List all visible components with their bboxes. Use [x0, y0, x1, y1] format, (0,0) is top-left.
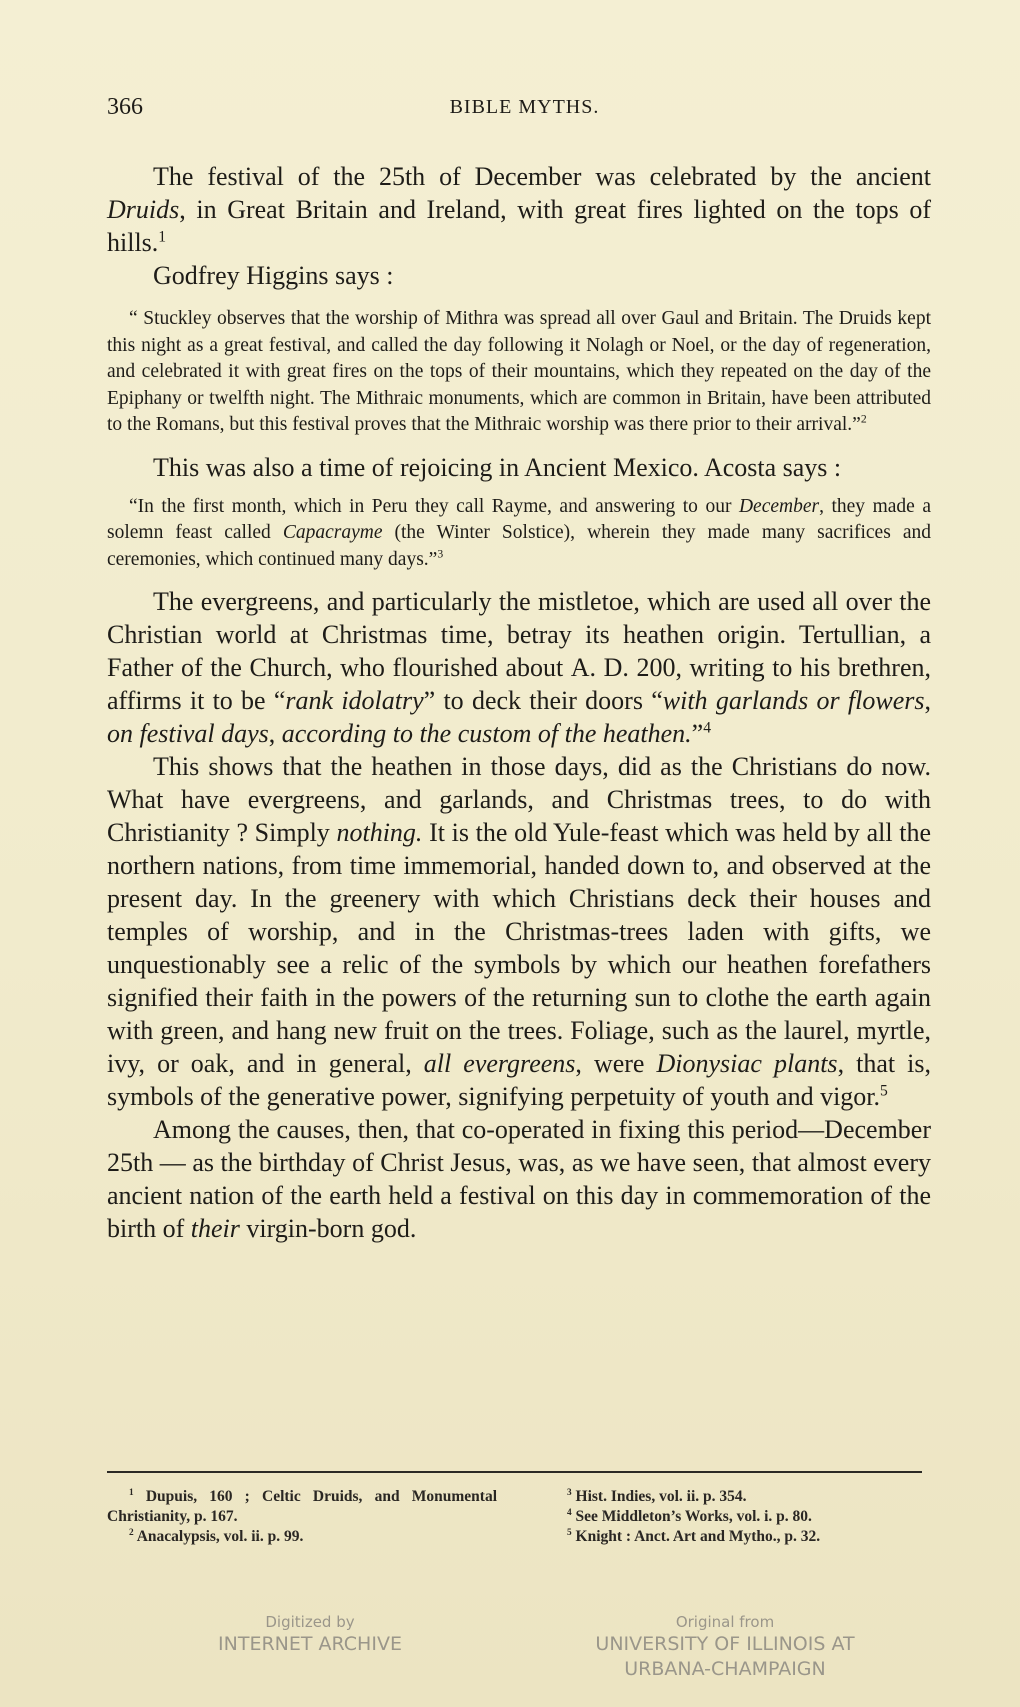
paragraph-causes: Among the causes, then, that co-operated…	[107, 1113, 931, 1245]
paragraph-mexico: This was also a time of rejoicing in Anc…	[107, 451, 931, 484]
footnote-ref: 4	[703, 719, 711, 736]
watermark-digitized-by: Digitized by INTERNET ARCHIVE	[160, 1612, 460, 1657]
footnote-ref: 1	[158, 228, 166, 245]
footnote-1: 1 Dupuis, 160 ; Celtic Druids, and Monum…	[107, 1487, 497, 1527]
running-title: BIBLE MYTHS.	[107, 96, 922, 119]
paragraph-druids: The festival of the 25th of December was…	[107, 160, 931, 259]
block-quote-stuckley: “ Stuckley observes that the worship of …	[107, 306, 931, 439]
paragraph-heathen: This shows that the heathen in those day…	[107, 750, 931, 1113]
footnote-divider	[107, 1471, 922, 1473]
footnote-ref: 5	[880, 1082, 888, 1099]
book-page: 366 BIBLE MYTHS. The festival of the 25t…	[0, 0, 1020, 1707]
paragraph-higgins: Godfrey Higgins says :	[107, 259, 931, 292]
page-header: 366 BIBLE MYTHS.	[107, 94, 922, 124]
footnote-3: 3 Hist. Indies, vol. ii. p. 354.	[547, 1487, 927, 1507]
footnote-2: 2 Anacalypsis, vol. ii. p. 99.	[107, 1527, 497, 1547]
footnote-4: 4 See Middleton’s Works, vol. i. p. 80.	[547, 1507, 927, 1527]
footnote-ref: 2	[861, 413, 867, 426]
paragraph-evergreens: The evergreens, and particularly the mis…	[107, 585, 931, 750]
block-quote-acosta: “In the first month, which in Peru they …	[107, 494, 931, 574]
watermark-original-from: Original from UNIVERSITY OF ILLINOIS AT …	[560, 1612, 890, 1682]
footnotes-left-column: 1 Dupuis, 160 ; Celtic Druids, and Monum…	[107, 1487, 497, 1547]
footnote-ref: 3	[437, 547, 443, 560]
footnote-5: 5 Knight : Anct. Art and Mytho., p. 32.	[547, 1527, 927, 1547]
footnotes-right-column: 3 Hist. Indies, vol. ii. p. 354. 4 See M…	[547, 1487, 927, 1547]
body-text: The festival of the 25th of December was…	[107, 160, 931, 1245]
